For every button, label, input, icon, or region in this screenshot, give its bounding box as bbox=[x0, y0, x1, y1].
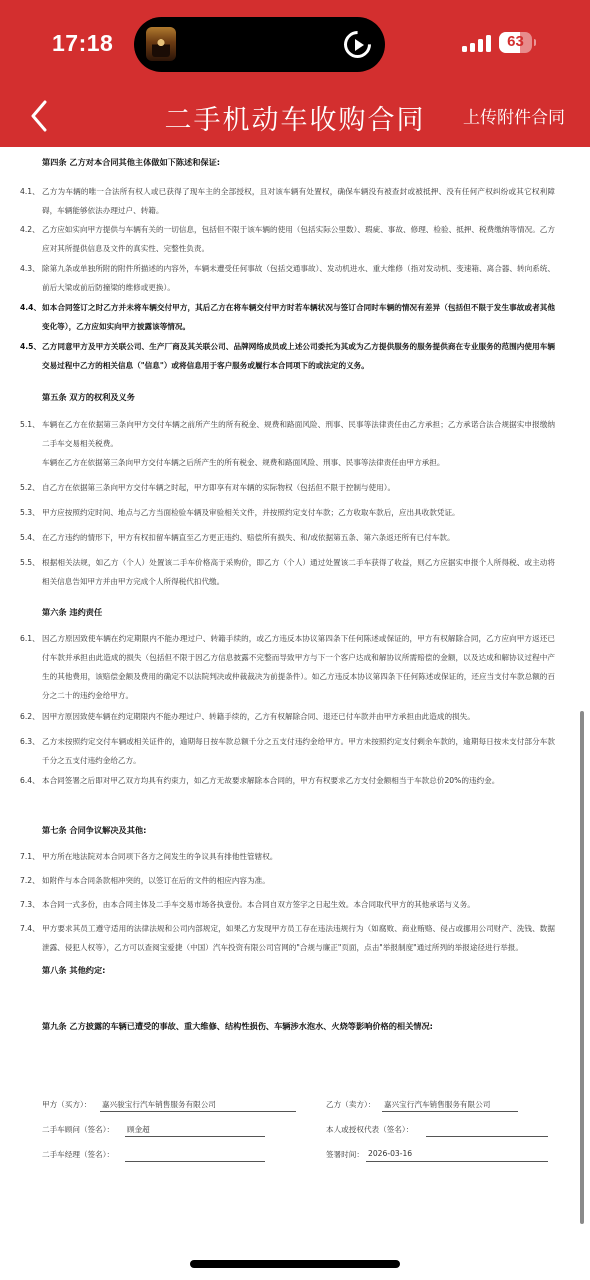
section-title: 第七条 合同争议解决及其他: bbox=[42, 825, 146, 836]
clause-item: 6.1、 因乙方原因致使车辆在约定期限内不能办理过户、转籍手续的，或乙方违反本协… bbox=[20, 629, 555, 705]
nav-bar: 二手机动车收购合同 上传附件合同 bbox=[0, 88, 590, 146]
manager-signature-field[interactable]: 二手车经理（签名）： bbox=[42, 1149, 272, 1163]
clause-item: 5.3、 甲方应按照约定时间、地点与乙方当面检验车辆及审验相关文件，并按照约定支… bbox=[20, 503, 555, 522]
clause-item: 5.2、 自乙方在依据第三条向甲方交付车辆之时起，甲方即享有对车辆的实际物权（包… bbox=[20, 478, 555, 497]
dynamic-island[interactable] bbox=[134, 17, 385, 72]
upload-attachment-button[interactable]: 上传附件合同 bbox=[463, 103, 565, 128]
clause-item: 5.4、 在乙方违约的情形下，甲方有权扣留车辆直至乙方更正违约、赔偿所有损失、和… bbox=[20, 528, 555, 547]
clause-item: 6.2、 因甲方原因致使车辆在约定期限内不能办理过户、转籍手续的，乙方有权解除合… bbox=[20, 707, 555, 726]
vertical-scrollbar[interactable] bbox=[580, 711, 584, 1224]
clause-item: 4.4、 如本合同签订之时乙方并未将车辆交付甲方，其后乙方在将车辆交付甲方时若车… bbox=[20, 298, 555, 336]
now-playing-artwork-icon bbox=[146, 27, 176, 61]
battery-level: 63 bbox=[499, 33, 532, 50]
clause-item: 4.2、 乙方应如实向甲方提供与车辆有关的一切信息，包括但不限于该车辆的使用（包… bbox=[20, 220, 555, 258]
battery-icon: 63 bbox=[499, 32, 532, 53]
clause-item: 7.2、 如附件与本合同条款相冲突的，以签订在后的文件的相应内容为准。 bbox=[20, 871, 555, 890]
advisor-signature-field[interactable]: 二手车顾问（签名）： 顾金超 bbox=[42, 1124, 272, 1138]
section-title: 第八条 其他约定: bbox=[42, 965, 105, 976]
representative-signature-field[interactable]: 本人或授权代表（签名）： bbox=[326, 1124, 551, 1138]
play-icon bbox=[355, 39, 364, 51]
clause-item: 7.1、 甲方所在地法院对本合同项下各方之间发生的争议具有排他性管辖权。 bbox=[20, 847, 555, 866]
seller-field: 乙方（卖方）： 嘉兴宝行汽车销售服务有限公司 bbox=[326, 1099, 526, 1113]
clause-item: 4.3、 除第九条或单独所附的附件所描述的内容外，车辆未遭受任何事故（包括交通事… bbox=[20, 259, 555, 297]
clause-item: 6.3、 乙方未按照约定交付车辆或相关证件的，逾期每日按车款总额千分之五支付违约… bbox=[20, 732, 555, 770]
clause-item: 车辆在乙方在依据第三条向甲方交付车辆之后所产生的所有税金、规费和路面风险、刑事、… bbox=[20, 453, 555, 472]
clause-item: 6.4、 本合同签署之后即对甲乙双方均具有约束力，如乙方无故要求解除本合同的，甲… bbox=[20, 771, 555, 790]
clause-item: 4.1、 乙方为车辆的唯一合法所有权人或已获得了现车主的全部授权，且对该车辆有处… bbox=[20, 182, 555, 220]
clause-item: 5.5、 根据相关法规，如乙方（个人）处置该二手车价格高于采购价，即乙方（个人）… bbox=[20, 553, 555, 591]
battery-tip bbox=[534, 39, 536, 46]
clause-item: 7.4、 甲方要求其员工遵守适用的法律法规和公司内部规定，如果乙方发现甲方员工存… bbox=[20, 919, 555, 957]
app-header: 17:18 63 二手机动车收购合同 上传附件合同 bbox=[0, 0, 590, 147]
clause-item: 5.1、 车辆在乙方在依据第三条向甲方交付车辆之前所产生的所有税金、规费和路面风… bbox=[20, 415, 555, 453]
cellular-signal-icon bbox=[462, 35, 492, 52]
status-bar: 17:18 63 bbox=[0, 0, 590, 88]
section-title: 第五条 双方的权利及义务 bbox=[42, 392, 135, 403]
clause-item: 7.3、 本合同一式多份，由本合同主体及二手车交易市场各执壹份。本合同自双方签字… bbox=[20, 895, 555, 914]
home-indicator[interactable] bbox=[190, 1260, 400, 1268]
section-title: 第四条 乙方对本合同其他主体做如下陈述和保证: bbox=[42, 157, 220, 168]
section-title: 第九条 乙方披露的车辆已遭受的事故、重大维修、结构性损伤、车辆涉水泡水、火烧等影… bbox=[42, 1021, 433, 1032]
status-time: 17:18 bbox=[52, 30, 113, 57]
section-title: 第六条 违约责任 bbox=[42, 607, 102, 618]
sign-date-field: 签署时间： 2026-03-16 bbox=[326, 1149, 551, 1163]
buyer-field: 甲方（买方）： 嘉兴骏宝行汽车销售服务有限公司 bbox=[42, 1099, 297, 1113]
clause-item: 4.5、 乙方同意甲方及甲方关联公司、生产厂商及其关联公司、品牌网络成员或上述公… bbox=[20, 337, 555, 375]
contract-document[interactable]: 第四条 乙方对本合同其他主体做如下陈述和保证: 4.1、 乙方为车辆的唯一合法所… bbox=[0, 147, 590, 1237]
